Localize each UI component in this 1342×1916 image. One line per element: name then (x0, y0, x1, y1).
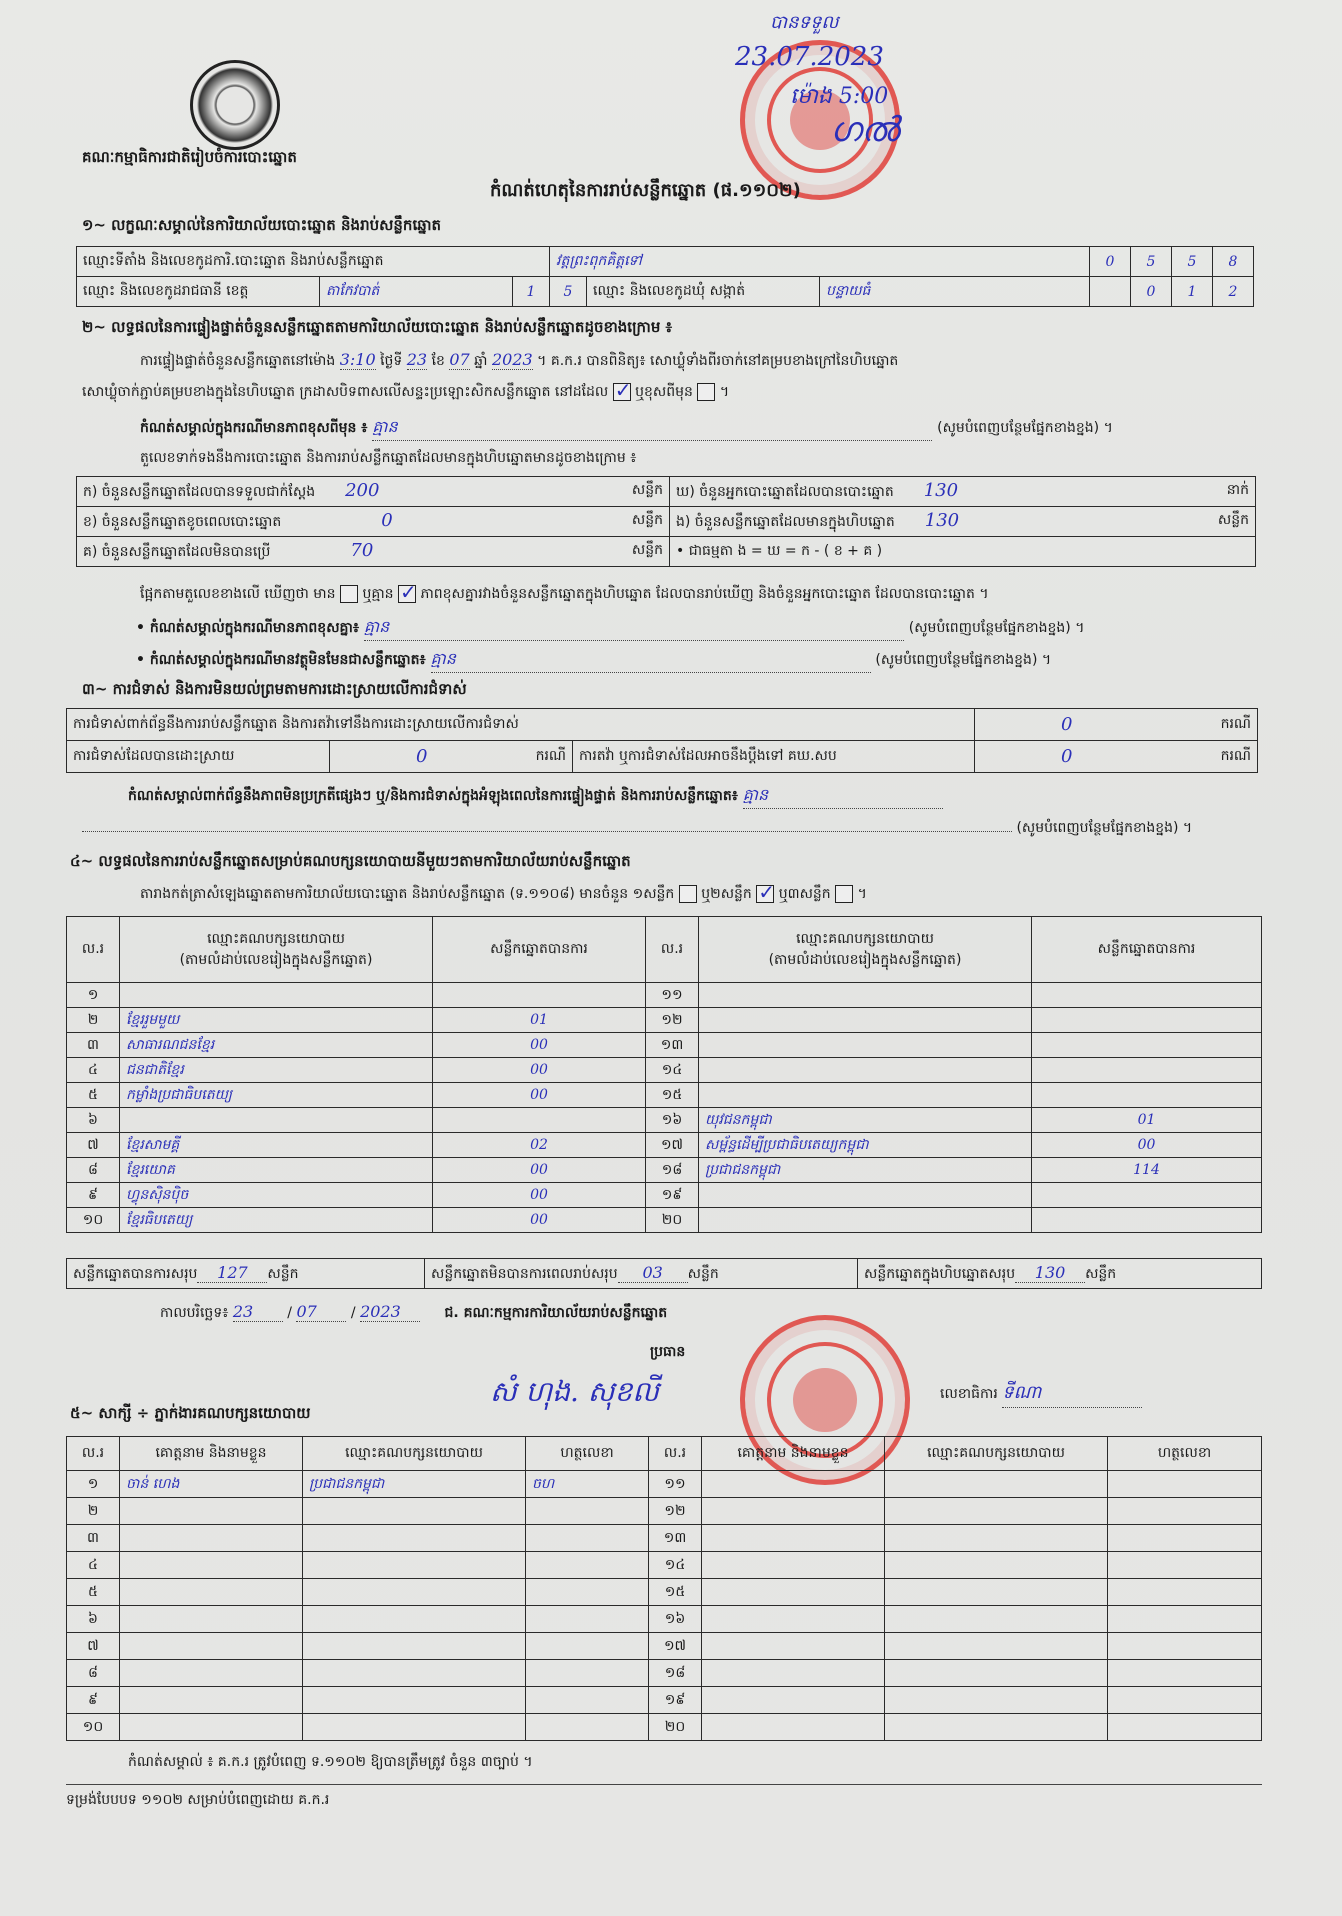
valid-votes: 02 (433, 1133, 646, 1158)
secretary-signature: ទីណា (1002, 1380, 1142, 1408)
row-number: ១៨ (649, 1660, 702, 1687)
row-number: ៧ (67, 1133, 120, 1158)
witness-name (702, 1471, 885, 1498)
witness-name (120, 1579, 303, 1606)
date-line: កាលបរិច្ឆេទ៖ 23 / 07 / 2023 ជ. គណៈកម្មកា… (160, 1302, 667, 1324)
witness-name (702, 1525, 885, 1552)
witness-name (702, 1660, 885, 1687)
witness-signature (526, 1633, 649, 1660)
one-sheet-checkbox[interactable] (679, 885, 697, 903)
row-number: ១៣ (646, 1033, 699, 1058)
row-number: ១១ (646, 983, 699, 1008)
date-label: កាលបរិច្ឆេទ៖ (160, 1305, 228, 1321)
party-name (120, 983, 433, 1008)
witness-name (120, 1606, 303, 1633)
witness-name (702, 1579, 885, 1606)
witness-party (303, 1552, 526, 1579)
section3-heading: ៣~ ការជំទាស់ និងការមិនយល់ព្រមតាមការដោះស្… (82, 680, 467, 702)
date-year: 2023 (360, 1302, 420, 1322)
bullet1-line: • កំណត់សម្គាល់ក្នុងករណីមានភាពខុសគ្នា៖ គ្… (136, 616, 1084, 641)
witness-party (303, 1633, 526, 1660)
table-row: ៣១៣ (67, 1525, 1262, 1552)
fill-hint: (សូមបំពេញបន្ថែមផ្នែកខាងខ្នង) ។ (937, 420, 1113, 436)
row-number: ១៧ (649, 1633, 702, 1660)
resolved-label: ការជំទាស់ដែលបានដោះស្រាយ (67, 741, 330, 773)
bullet1-value: គ្មាន (364, 616, 904, 641)
diff-check-suffix: ភាពខុសគ្នារវាងចំនួនសន្លឹកឆ្នោតក្នុងហិបឆ្… (420, 586, 988, 602)
appeal-value: 0 (1061, 746, 1072, 767)
row-number: ២០ (649, 1714, 702, 1741)
valid-votes: 00 (433, 1083, 646, 1108)
two-sheets-label: ឬ២សន្លឹក (701, 886, 752, 902)
row-number: ៥ (67, 1579, 120, 1606)
commune-name: បន្ទាយធំ (820, 277, 1090, 307)
complaints-table: ការជំទាស់ពាក់ព័ន្ធនឹងការរាប់សន្លឹកឆ្នោត … (66, 708, 1258, 773)
party-name: ជនជាតិខ្មែរ (120, 1058, 433, 1083)
party-name (699, 1183, 1032, 1208)
note-diff-line: កំណត់សម្គាល់ក្នុងករណីមានភាពខុសពីមុន ៖ គ្… (140, 416, 1113, 441)
footnote: កំណត់សម្គាល់ ៖ គ.ក.រ ត្រូវបំពេញ ទ.១១០២ ឱ… (128, 1752, 533, 1773)
witness-party (303, 1687, 526, 1714)
witness-party (885, 1660, 1108, 1687)
valid-votes (1032, 1008, 1262, 1033)
table-row: ១១១ (67, 983, 1262, 1008)
row-number: ១៤ (649, 1552, 702, 1579)
witness-signature (526, 1687, 649, 1714)
commune-label: ឈ្មោះ និងលេខកូដឃុំ សង្កាត់ (587, 277, 820, 307)
three-sheets-checkbox[interactable] (835, 885, 853, 903)
witness-name (702, 1606, 885, 1633)
witness-col-party: ឈ្មោះគណបក្សនយោបាយ (303, 1437, 526, 1471)
row-number: ៣ (67, 1033, 120, 1058)
row-number: ១៧ (646, 1133, 699, 1158)
witness-party (303, 1606, 526, 1633)
witness-name (120, 1714, 303, 1741)
row-number: ១២ (649, 1498, 702, 1525)
commune-code-3: 2 (1213, 277, 1254, 307)
witness-col-no: ល.រ (649, 1437, 702, 1471)
verify-month: 07 (449, 350, 469, 370)
irregularity-note-label: កំណត់សម្គាល់ពាក់ព័ន្ធនឹងភាពមិនប្រក្រតីផ្… (128, 788, 738, 804)
figure-c-label: គ) ចំនួនសន្លឹកឆ្នោតដែលមិនបានប្រើ (83, 544, 270, 560)
witness-signature (1108, 1579, 1262, 1606)
witness-signature (1108, 1471, 1262, 1498)
witness-col-sign: ហត្ថលេខា (1108, 1437, 1262, 1471)
irregularity-note-line2: (សូមបំពេញបន្ថែមផ្នែកខាងខ្នង) ។ (82, 818, 1192, 839)
fill-hint: (សូមបំពេញបន្ថែមផ្នែកខាងខ្នង) ។ (909, 620, 1085, 636)
witness-signature (1108, 1633, 1262, 1660)
verify-year: 2023 (492, 350, 533, 370)
table-row: ៦១៦យុវជនកម្ពុជា01 (67, 1108, 1262, 1133)
verify-line2: សោឃ្លុំចាក់ភ្ជាប់គម្របខាងក្នុងនៃហិបឆ្នោត… (82, 382, 729, 403)
figure-b-label: ខ) ចំនួនសន្លឹកឆ្នោតខូចពេលបោះឆ្នោត (83, 514, 281, 530)
case-unit: ករណី (1221, 714, 1251, 735)
party-name: ខ្មែរយោគ (120, 1158, 433, 1183)
section5-heading: ៥~ សាក្សី ÷ ភ្នាក់ងារគណបក្សនយោបាយ (70, 1404, 311, 1426)
witness-name (120, 1660, 303, 1687)
table-row: ១០២០ (67, 1714, 1262, 1741)
appeal-label: ការតវ៉ា ឬការជំទាស់ដែលអាចនឹងប្តឹងទៅ គឃ.សប (573, 741, 975, 773)
row-number: ៣ (67, 1525, 120, 1552)
row-number: ២ (67, 1498, 120, 1525)
valid-votes: 00 (433, 1033, 646, 1058)
witness-signature (1108, 1552, 1262, 1579)
month-label: ខែ (432, 353, 445, 369)
same-checkbox[interactable] (613, 383, 631, 401)
witness-signature (1108, 1660, 1262, 1687)
witness-party (885, 1687, 1108, 1714)
row-number: ១៦ (649, 1606, 702, 1633)
witness-name (120, 1525, 303, 1552)
table-row: ៤ជនជាតិខ្មែរ00១៤ (67, 1058, 1262, 1083)
row-number: ៨ (67, 1158, 120, 1183)
table-row: ៥១៥ (67, 1579, 1262, 1606)
valid-votes: 00 (1032, 1133, 1262, 1158)
section2-heading: ២~ លទ្ធផលនៃការផ្ទៀងផ្ទាត់ចំនួនសន្លឹកឆ្នោ… (82, 318, 672, 340)
row-number: ១០ (67, 1208, 120, 1233)
witness-party (303, 1498, 526, 1525)
col-votes-header: សន្លឹកឆ្នោតបានការ (1032, 917, 1262, 983)
witness-party (885, 1606, 1108, 1633)
figure-c-value: 70 (350, 540, 373, 561)
invalid-total-value: 03 (618, 1263, 688, 1283)
footer-divider (66, 1784, 1262, 1785)
secretary-label: លេខាធិការ (940, 1386, 998, 1402)
row-number: ៧ (67, 1633, 120, 1660)
figure-b-value: 0 (381, 510, 392, 531)
table-row: ៩ហ្វុនស៊ិនប៉ិច00១៩ (67, 1183, 1262, 1208)
table-row: ៦១៦ (67, 1606, 1262, 1633)
verify-day: 23 (407, 350, 427, 370)
station-label: ឈ្មោះទីតាំង និងលេខកូដការិ.បោះឆ្នោត និងរា… (77, 247, 550, 277)
row-number: ៩ (67, 1687, 120, 1714)
province-name: តាកែវបាត់ (320, 277, 513, 307)
person-unit-label: នាក់ (1227, 480, 1249, 501)
chair-label: ប្រធាន (650, 1342, 685, 1363)
valid-votes: 01 (433, 1008, 646, 1033)
witness-signature (526, 1606, 649, 1633)
party-name: សាធារណជនខ្មែរ (120, 1033, 433, 1058)
row-number: ៦ (67, 1108, 120, 1133)
bullet1-label: • កំណត់សម្គាល់ក្នុងករណីមានភាពខុសគ្នា៖ (136, 620, 359, 636)
complaints-row1-value: 0 (1061, 714, 1072, 735)
valid-votes: 00 (433, 1058, 646, 1083)
unit-label: សន្លឹក (632, 540, 663, 561)
valid-votes: 00 (433, 1183, 646, 1208)
witness-name (702, 1498, 885, 1525)
table-row: ២១២ (67, 1498, 1262, 1525)
party-name: ខ្មែរសាមគ្គី (120, 1133, 433, 1158)
nec-emblem-icon (190, 60, 280, 150)
unit-label: សន្លឹក (632, 480, 663, 501)
verify-line1: ការផ្ទៀងផ្ទាត់ចំនួនសន្លឹកឆ្នោតនៅម៉ោង 3:1… (140, 350, 898, 372)
witness-party (885, 1471, 1108, 1498)
valid-votes (433, 1108, 646, 1133)
unit-label: សន្លឹក (632, 510, 663, 531)
figure-e-value: 130 (925, 510, 959, 531)
totals-table: សន្លឹកឆ្នោតបានការសរុប127សន្លឹក សន្លឹកឆ្ន… (66, 1258, 1262, 1289)
received-label: បានទទួល (770, 10, 839, 37)
unit-label: សន្លឹក (267, 1266, 298, 1282)
verify-prefix: ការផ្ទៀងផ្ទាត់ចំនួនសន្លឹកឆ្នោតនៅម៉ោង (140, 353, 335, 369)
case-unit: ករណី (536, 746, 566, 767)
unit-label: សន្លឹក (688, 1266, 719, 1282)
row-number: ១៦ (646, 1108, 699, 1133)
formula: • ជាធម្មតា ង = ឃ = ក - ( ខ + គ ) (670, 537, 1256, 567)
date-day: 23 (233, 1302, 283, 1322)
row-number: ១៨ (646, 1158, 699, 1183)
witness-signature: ចហ (526, 1471, 649, 1498)
valid-votes (1032, 1183, 1262, 1208)
witness-party (885, 1552, 1108, 1579)
unit-label: សន្លឹក (1218, 510, 1249, 531)
row-number: ១៣ (649, 1525, 702, 1552)
col-no-header: ល.រ (67, 917, 120, 983)
box-total-label: សន្លឹកឆ្នោតក្នុងហិបឆ្នោតសរុប (864, 1266, 1015, 1282)
table-row: ២ខ្មែររួមមួយ01១២ (67, 1008, 1262, 1033)
no-diff-label: ឬគ្មាន (362, 586, 393, 602)
province-code-2: 5 (550, 277, 587, 307)
party-name: ប្រជាជនកម្ពុជា (699, 1158, 1032, 1183)
witness-signature (526, 1552, 649, 1579)
party-name: យុវជនកម្ពុជា (699, 1108, 1032, 1133)
witness-signature (526, 1498, 649, 1525)
note-diff-value: គ្មាន (372, 416, 932, 441)
tally-prefix: តារាងកត់ត្រាសំឡេងឆ្នោតតាមការិយាល័យបោះឆ្ន… (140, 886, 674, 902)
different-label: ឬខុសពីមុន (635, 384, 693, 400)
party-name (120, 1108, 433, 1133)
valid-votes: 00 (433, 1158, 646, 1183)
row-number: ១៩ (649, 1687, 702, 1714)
fill-hint: (សូមបំពេញបន្ថែមផ្នែកខាងខ្នង) ។ (875, 652, 1051, 668)
diff-check-prefix: ផ្អែកតាមតួលេខខាងលើ ឃើញថា មាន (140, 586, 336, 602)
irregularity-note-value: គ្មាន (743, 784, 943, 809)
organization-name: គណៈកម្មាធិការជាតិរៀបចំការបោះឆ្នោត (82, 148, 297, 170)
valid-votes: 114 (1032, 1158, 1262, 1183)
row-number: ១១ (649, 1471, 702, 1498)
witness-signature (526, 1579, 649, 1606)
row-number: ១ (67, 983, 120, 1008)
row-number: ៤ (67, 1058, 120, 1083)
irregularity-note-line: កំណត់សម្គាល់ពាក់ព័ន្ធនឹងភាពមិនប្រក្រតីផ្… (128, 784, 943, 809)
party-name (699, 1033, 1032, 1058)
valid-votes (1032, 1033, 1262, 1058)
three-sheets-label: ឬ៣សន្លឹក (779, 886, 831, 902)
valid-votes: 01 (1032, 1108, 1262, 1133)
diff-check-line: ផ្អែកតាមតួលេខខាងលើ ឃើញថា មាន ឬគ្មាន ភាពខ… (140, 584, 989, 605)
valid-total-value: 127 (197, 1263, 267, 1283)
no-diff-checkbox[interactable] (398, 585, 416, 603)
witness-name (120, 1633, 303, 1660)
witness-party (303, 1579, 526, 1606)
party-name (699, 1083, 1032, 1108)
figure-d-value: 130 (924, 480, 958, 501)
witness-col-sign: ហត្ថលេខា (526, 1437, 649, 1471)
province-label: ឈ្មោះ និងលេខកូដរាជធានី ខេត្ត (77, 277, 320, 307)
col-party-subheader: (តាមលំដាប់លេខរៀងក្នុងសន្លឹកឆ្នោត) (705, 950, 1025, 971)
form-note: ទម្រង់បែបបទ ១១០២ សម្រាប់បំពេញដោយ គ.ក.រ (66, 1790, 329, 1811)
ballot-figures-table: ក) ចំនួនសន្លឹកឆ្នោតដែលបានទទួលជាក់ស្តែង20… (76, 476, 1256, 567)
station-code-4: 8 (1213, 247, 1254, 277)
document-page: គណៈកម្មាធិការជាតិរៀបចំការបោះឆ្នោត បានទទួ… (0, 0, 1342, 1916)
witness-col-no: ល.រ (67, 1437, 120, 1471)
valid-votes (1032, 983, 1262, 1008)
witness-signature (1108, 1687, 1262, 1714)
received-signature: ഗൽ (830, 110, 899, 150)
station-code-1: 0 (1090, 247, 1131, 277)
year-label: ឆ្នាំ (474, 353, 487, 369)
bullet2-line: • កំណត់សម្គាល់ក្នុងករណីមានវត្ថុមិនមែនជាស… (136, 648, 1051, 673)
different-checkbox[interactable] (697, 383, 715, 401)
resolved-value: 0 (416, 746, 427, 767)
figure-a-label: ក) ចំនួនសន្លឹកឆ្នោតដែលបានទទួលជាក់ស្តែង (83, 484, 315, 500)
witness-party: ប្រជាជនកម្ពុជា (303, 1471, 526, 1498)
party-name: ហ្វុនស៊ិនប៉ិច (120, 1183, 433, 1208)
party-name (699, 983, 1032, 1008)
party-name: សម្ព័ន្ធដើម្បីប្រជាធិបតេយ្យកម្ពុជា (699, 1133, 1032, 1158)
fill-hint: (សូមបំពេញបន្ថែមផ្នែកខាងខ្នង) ។ (1016, 820, 1192, 836)
table-row: ៣សាធារណជនខ្មែរ00១៣ (67, 1033, 1262, 1058)
witness-name (702, 1633, 885, 1660)
table-row: ៧១៧ (67, 1633, 1262, 1660)
witness-signature (526, 1660, 649, 1687)
witness-party (885, 1498, 1108, 1525)
figures-intro: តួលេខទាក់ទងនឹងការបោះឆ្នោត និងការរាប់សន្ល… (140, 448, 636, 469)
station-info-table: ឈ្មោះទីតាំង និងលេខកូដការិ.បោះឆ្នោត និងរា… (76, 246, 1254, 307)
witness-signature (1108, 1714, 1262, 1741)
valid-votes (1032, 1083, 1262, 1108)
witness-party (885, 1579, 1108, 1606)
row-number: ១៤ (646, 1058, 699, 1083)
table-row: ៤១៤ (67, 1552, 1262, 1579)
valid-votes: 00 (433, 1208, 646, 1233)
witness-name (120, 1552, 303, 1579)
section4-heading: ៤~ លទ្ធផលនៃការរាប់សន្លឹកឆ្នោតសម្រាប់គណបក… (70, 852, 631, 874)
day-label: ថ្ងៃទី (380, 353, 402, 369)
row-number: ៩ (67, 1183, 120, 1208)
table-row: ៨ខ្មែរយោគ00១៨ប្រជាជនកម្ពុជា114 (67, 1158, 1262, 1183)
witness-party (885, 1633, 1108, 1660)
row-number: ១០ (67, 1714, 120, 1741)
complaints-row1-label: ការជំទាស់ពាក់ព័ន្ធនឹងការរាប់សន្លឹកឆ្នោត … (67, 709, 975, 741)
witness-col-party: ឈ្មោះគណបក្សនយោបាយ (885, 1437, 1108, 1471)
row-number: ៤ (67, 1552, 120, 1579)
witness-name (120, 1498, 303, 1525)
witness-signature (526, 1714, 649, 1741)
witness-signature (1108, 1498, 1262, 1525)
row-number: ៨ (67, 1660, 120, 1687)
table-row: ១ចាន់ ហេងប្រជាជនកម្ពុជាចហ១១ (67, 1471, 1262, 1498)
verify-time: 3:10 (340, 350, 376, 370)
row-number: ៥ (67, 1083, 120, 1108)
table-row: ៩១៩ (67, 1687, 1262, 1714)
figure-e-label: ង) ចំនួនសន្លឹកឆ្នោតដែលមានក្នុងហិបឆ្នោត (676, 514, 895, 530)
box-total-value: 130 (1015, 1263, 1085, 1283)
received-date: 23.07.2023 (735, 42, 884, 72)
party-name: ខ្មែរធិបតេយ្យ (120, 1208, 433, 1233)
party-name (699, 1208, 1032, 1233)
chair-signature: សំ ហុង. សុខលី (490, 1374, 659, 1415)
valid-votes (1032, 1208, 1262, 1233)
row-number: ៦ (67, 1606, 120, 1633)
row-number: ១២ (646, 1008, 699, 1033)
station-code-3: 5 (1172, 247, 1213, 277)
invalid-total-label: សន្លឹកឆ្នោតមិនបានការពេលរាប់សរុប (431, 1266, 618, 1282)
witness-party (303, 1525, 526, 1552)
figure-d-label: ឃ) ចំនួនអ្នកបោះឆ្នោតដែលបានបោះឆ្នោត (676, 484, 894, 500)
commune-code-1: 0 (1131, 277, 1172, 307)
row-number: ១៥ (649, 1579, 702, 1606)
witness-signature (526, 1525, 649, 1552)
party-name: ខ្មែររួមមួយ (120, 1008, 433, 1033)
table-row: ១០ខ្មែរធិបតេយ្យ00២០ (67, 1208, 1262, 1233)
valid-total-label: សន្លឹកឆ្នោតបានការសរុប (73, 1266, 197, 1282)
witness-party (885, 1525, 1108, 1552)
party-name (699, 1058, 1032, 1083)
table-row: ៨១៨ (67, 1660, 1262, 1687)
valid-votes (433, 983, 646, 1008)
col-no-header: ល.រ (646, 917, 699, 983)
has-diff-checkbox[interactable] (340, 585, 358, 603)
col-party-header: ឈ្មោះគណបក្សនយោបាយ (126, 929, 426, 950)
row-number: ១ (67, 1471, 120, 1498)
witness-signature (1108, 1606, 1262, 1633)
date-month: 07 (296, 1302, 346, 1322)
row-number: ១៥ (646, 1083, 699, 1108)
station-code-2: 5 (1131, 247, 1172, 277)
witness-table: ល.រ គោត្តនាម និងនាមខ្លួន ឈ្មោះគណបក្សនយោប… (66, 1436, 1262, 1741)
col-party-subheader: (តាមលំដាប់លេខរៀងក្នុងសន្លឹកឆ្នោត) (126, 950, 426, 971)
witness-name (702, 1714, 885, 1741)
witness-col-name: គោត្តនាម និងនាមខ្លួន (702, 1437, 885, 1471)
valid-votes (1032, 1058, 1262, 1083)
section1-heading: ១~ លក្ខណៈសម្គាល់នៃការិយាល័យបោះឆ្នោត និងរ… (82, 216, 441, 238)
party-results-table: ល.រ ឈ្មោះគណបក្សនយោបាយ(តាមលំដាប់លេខរៀងក្ន… (66, 916, 1262, 1233)
witness-party (885, 1714, 1108, 1741)
two-sheets-checkbox[interactable] (756, 885, 774, 903)
note-diff-label: កំណត់សម្គាល់ក្នុងករណីមានភាពខុសពីមុន ៖ (140, 420, 367, 436)
unit-label: សន្លឹក (1085, 1266, 1116, 1282)
row-number: ២០ (646, 1208, 699, 1233)
row-number: ១៩ (646, 1183, 699, 1208)
witness-party (303, 1660, 526, 1687)
witness-name: ចាន់ ហេង (120, 1471, 303, 1498)
secretary-line: លេខាធិការ ទីណា (940, 1380, 1142, 1408)
witness-signature (1108, 1525, 1262, 1552)
bullet2-value: គ្មាន (431, 648, 871, 673)
witness-name (702, 1552, 885, 1579)
province-code-1: 1 (513, 277, 550, 307)
committee-label: ជ. គណៈកម្មការការិយាល័យរាប់សន្លឹកឆ្នោត (445, 1305, 668, 1321)
witness-name (120, 1687, 303, 1714)
form-title: កំណត់ហេតុនៃការរាប់សន្លឹកឆ្នោត (ផ.១១០២) (490, 178, 801, 205)
col-votes-header: សន្លឹកឆ្នោតបានការ (433, 917, 646, 983)
figure-a-value: 200 (345, 480, 379, 501)
bullet2-label: • កំណត់សម្គាល់ក្នុងករណីមានវត្ថុមិនមែនជាស… (136, 652, 426, 668)
case-unit: ករណី (1221, 746, 1251, 767)
witness-col-name: គោត្តនាម និងនាមខ្លួន (120, 1437, 303, 1471)
commune-code-2: 1 (1172, 277, 1213, 307)
tally-sheet-line: តារាងកត់ត្រាសំឡេងឆ្នោតតាមការិយាល័យបោះឆ្ន… (140, 884, 867, 905)
witness-party (303, 1714, 526, 1741)
verify-suffix: ។ គ.ក.រ បានពិនិត្យ៖ សោឃ្លុំទាំងពីរចាក់នៅ… (537, 353, 898, 369)
station-name: វត្តព្រះពុកគិត្តទៅ (550, 247, 1090, 277)
party-name (699, 1008, 1032, 1033)
col-party-header: ឈ្មោះគណបក្សនយោបាយ (705, 929, 1025, 950)
row-number: ២ (67, 1008, 120, 1033)
witness-name (702, 1687, 885, 1714)
table-row: ៧ខ្មែរសាមគ្គី02១៧សម្ព័ន្ធដើម្បីប្រជាធិបត… (67, 1133, 1262, 1158)
